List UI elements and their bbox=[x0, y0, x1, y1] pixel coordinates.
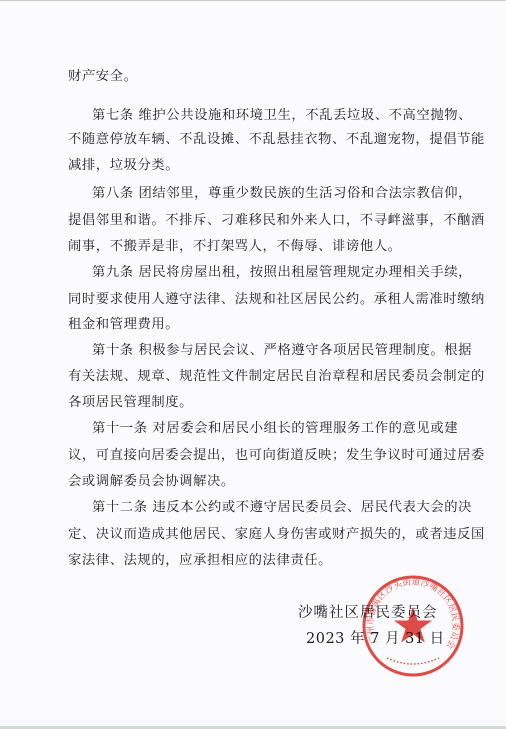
article-first-line: 第十条 积极参与居民会议、严格遵守各项居民管理制度。根据 bbox=[92, 342, 426, 360]
document-text-line: 家法律、法规的，应承担相应的法律责任。 bbox=[68, 552, 426, 570]
document-text-line: 会或调解委员会协调解决。 bbox=[68, 473, 426, 491]
document-text-line: 租金和管理费用。 bbox=[68, 316, 426, 334]
document-text-line: 提倡邻里和谐。不排斥、刁难移民和外来人口，不寻衅滋事，不酗酒 bbox=[68, 212, 426, 230]
star-icon bbox=[394, 607, 432, 643]
article-first-line: 第八条 团结邻里，尊重少数民族的生活习俗和合法宗教信仰， bbox=[92, 185, 426, 203]
official-seal-icon: 广州市番禺区沙头街道沙嘴社区居民委员会 bbox=[361, 574, 465, 678]
document-text-line: 财产安全。 bbox=[68, 68, 426, 86]
document-text-line: 有关法规、规章、规范性文件制定居民自治章程和居民委员会制定的 bbox=[68, 368, 426, 386]
document-text-line: 闹事，不搬弄是非，不打架骂人，不侮辱、诽谤他人。 bbox=[68, 238, 426, 256]
article-first-line: 第十二条 违反本公约或不遵守居民委员会、居民代表大会的决 bbox=[92, 499, 426, 517]
article-first-line: 第十一条 对居委会和居民小组长的管理服务工作的意见或建 bbox=[92, 420, 426, 438]
document-text-line: 各项居民管理制度。 bbox=[68, 394, 426, 412]
document-text-line: 减排，垃圾分类。 bbox=[68, 157, 426, 175]
article-first-line: 第七条 维护公共设施和环境卫生，不乱丢垃圾、不高空抛物、 bbox=[92, 107, 426, 125]
document-text-line: 定、决议而造成其他居民、家庭人身伤害或财产损失的，或者违反国 bbox=[68, 526, 426, 544]
document-text-line: 同时要求使用人遵守法律、法规和社区居民公约。承租人需准时缴纳 bbox=[68, 291, 426, 309]
document-text-line: 议，可直接向居委会提出，也可向街道反映；发生争议时可通过居委 bbox=[68, 447, 426, 465]
document-text-line: 不随意停放车辆、不乱设摊、不乱悬挂衣物、不乱遛宠物，提倡节能 bbox=[68, 131, 426, 149]
article-first-line: 第九条 居民将房屋出租，按照出租屋管理规定办理相关手续， bbox=[92, 264, 426, 282]
